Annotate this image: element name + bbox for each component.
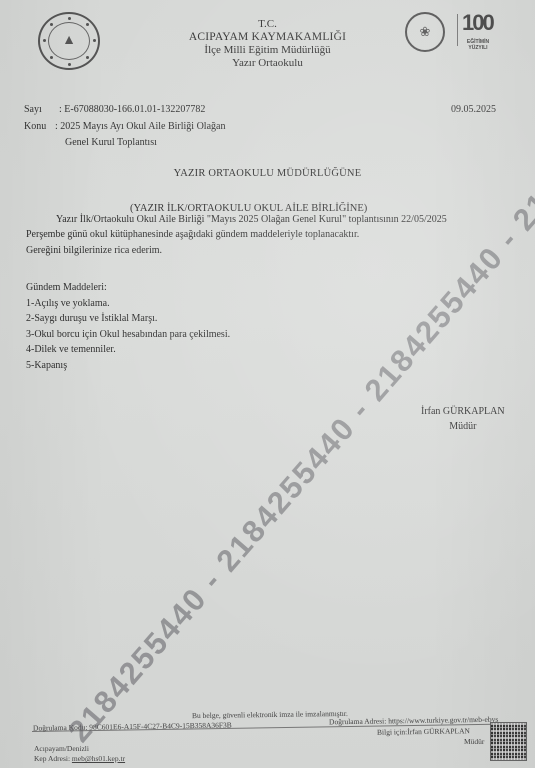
header-tc: T.C. bbox=[0, 18, 535, 31]
footer-location: Acıpayam/Denizli bbox=[34, 744, 89, 753]
body-line-2: Perşembe günü okul kütüphanesinde aşağıd… bbox=[26, 229, 359, 240]
document-date: 09.05.2025 bbox=[451, 104, 496, 115]
signature-block: İrfan GÜRKAPLAN Müdür bbox=[421, 404, 505, 434]
info-title: Müdür bbox=[464, 737, 484, 746]
document-page: ▲ T.C. ACIPAYAM KAYMAKAMLIĞI İlçe Milli … bbox=[0, 0, 535, 768]
header-kaymakamlik: ACIPAYAM KAYMAKAMLIĞI bbox=[0, 31, 535, 44]
kep-label: Kep Adresi: bbox=[34, 754, 72, 763]
header-school: Yazır Ortaokulu bbox=[0, 57, 535, 70]
watermark-text: 2184255440 - 2184255440 - 2184255440 - 2… bbox=[61, 47, 535, 750]
egitimin-yuzyili-logo-icon: 100 bbox=[462, 10, 493, 36]
agenda-item: 5-Kapanış bbox=[26, 358, 230, 374]
sayi-label: Sayı bbox=[24, 104, 42, 115]
esign-notice: Bu belge, güvenli elektronik imza ile im… bbox=[192, 709, 348, 720]
recipient-heading: YAZIR ORTAOKULU MÜDÜRLÜĞÜNE bbox=[0, 168, 535, 179]
kep-address: Kep Adresi: meb@hs01.kep.tr bbox=[34, 754, 125, 763]
agenda-item: 1-Açılış ve yoklama. bbox=[26, 296, 230, 312]
agenda-title: Gündem Maddeleri: bbox=[26, 280, 230, 296]
info-contact: Bilgi için:İrfan GÜRKAPLAN bbox=[377, 726, 470, 736]
agenda-item: 3-Okul borcu için Okul hesabından para ç… bbox=[26, 327, 230, 343]
body-line-1: Yazır İlk/Ortaokulu Okul Aile Birliği "M… bbox=[56, 214, 447, 225]
okul-aile-birligi-emblem-icon: ❀ bbox=[405, 12, 445, 52]
signatory-name: İrfan GÜRKAPLAN bbox=[421, 404, 505, 419]
body-line-3: Gereğini bilgilerinize rica ederim. bbox=[26, 245, 162, 256]
konu-line-1: : 2025 Mayıs Ayı Okul Aile Birliği Olağa… bbox=[55, 121, 225, 132]
paper-shading bbox=[0, 0, 535, 768]
agenda-item: 2-Saygı duruşu ve İstiklal Marşı. bbox=[26, 311, 230, 327]
agenda-item: 4-Dilek ve temenniler. bbox=[26, 342, 230, 358]
konu-label: Konu bbox=[24, 121, 46, 132]
qr-code-icon bbox=[490, 722, 527, 761]
header-directorate: İlçe Milli Eğitim Müdürlüğü bbox=[0, 44, 535, 57]
kep-link[interactable]: meb@hs01.kep.tr bbox=[72, 754, 125, 763]
logo-divider bbox=[457, 14, 458, 46]
header-block: T.C. ACIPAYAM KAYMAKAMLIĞI İlçe Milli Eğ… bbox=[0, 18, 535, 70]
signatory-title: Müdür bbox=[421, 419, 505, 434]
sayi-value: : E-67088030-166.01.01-132207782 bbox=[59, 104, 205, 115]
konu-line-2: Genel Kurul Toplantısı bbox=[65, 137, 157, 148]
egitimin-yuzyili-caption: EĞİTİMİN YÜZYILI bbox=[466, 39, 490, 51]
agenda-list: Gündem Maddeleri: 1-Açılış ve yoklama. 2… bbox=[26, 280, 230, 373]
addressee-line: (YAZIR İLK/ORTAOKULU OKUL AİLE BİRLİĞİNE… bbox=[130, 203, 367, 214]
